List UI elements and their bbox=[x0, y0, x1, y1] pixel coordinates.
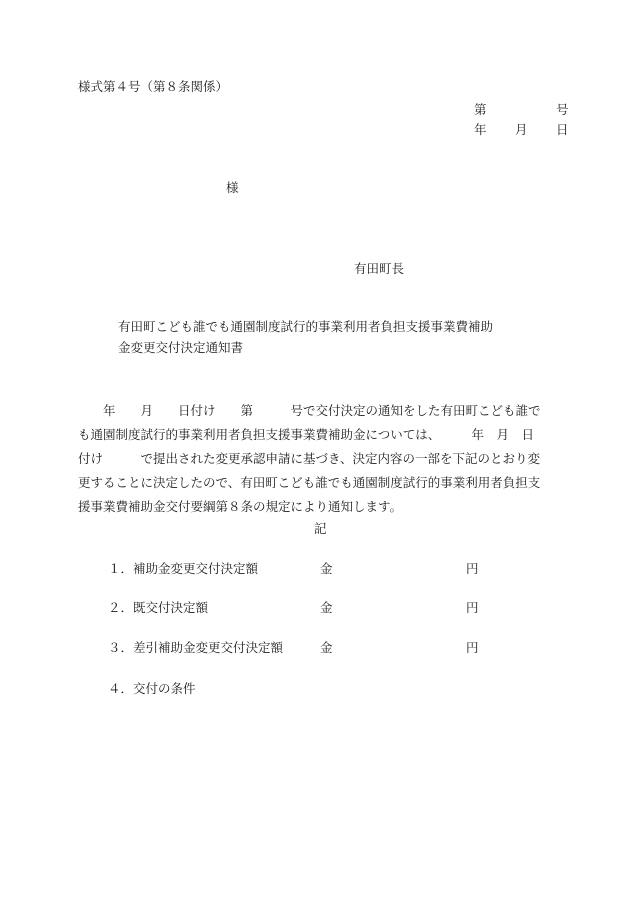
body-line: 付け で提出された変更承認申請に基づき、決定内容の一部を下記のとおり変 bbox=[78, 447, 578, 471]
item-number: １． bbox=[108, 562, 133, 576]
document-title-line2: 金変更交付決定通知書 bbox=[118, 341, 243, 355]
item-currency-prefix: 金 bbox=[320, 562, 333, 576]
item-number: ２． bbox=[108, 601, 133, 615]
item-label: 補助金変更交付決定額 bbox=[133, 562, 258, 576]
form-label: 様式第４号（第８条関係） bbox=[78, 80, 228, 94]
item-label: 差引補助金変更交付決定額 bbox=[133, 641, 283, 655]
item-currency-prefix: 金 bbox=[320, 641, 333, 655]
item-number: ４． bbox=[108, 682, 133, 696]
ki-heading: 記 bbox=[314, 522, 327, 536]
number-prefix: 第 bbox=[474, 103, 487, 117]
item-currency-suffix: 円 bbox=[466, 601, 479, 615]
issuer: 有田町長 bbox=[354, 262, 404, 276]
date-month: 月 bbox=[515, 123, 528, 137]
item-label: 交付の条件 bbox=[133, 682, 196, 696]
date-year: 年 bbox=[474, 123, 487, 137]
body-paragraph: 年 月 日付け 第 号で交付決定の通知をした有田町こども誰で も通園制度試行的事… bbox=[78, 399, 578, 519]
document-title-line1: 有田町こども誰でも通園制度試行的事業利用者負担支援事業費補助 bbox=[118, 320, 493, 334]
item-currency-suffix: 円 bbox=[466, 562, 479, 576]
item-number: ３． bbox=[108, 641, 133, 655]
body-line: 年 月 日付け 第 号で交付決定の通知をした有田町こども誰で bbox=[78, 399, 578, 423]
body-line: 援事業費補助金交付要綱第８条の規定により通知します。 bbox=[78, 495, 578, 519]
date-day: 日 bbox=[556, 123, 569, 137]
item-label: 既交付決定額 bbox=[133, 601, 208, 615]
item-currency-suffix: 円 bbox=[466, 641, 479, 655]
item-currency-prefix: 金 bbox=[320, 601, 333, 615]
number-suffix: 号 bbox=[556, 103, 569, 117]
addressee-suffix: 様 bbox=[226, 181, 239, 195]
body-line: も通園制度試行的事業利用者負担支援事業費補助金については、 年 月 日 bbox=[78, 423, 578, 447]
body-line: 更することに決定したので、有田町こども誰でも通園制度試行的事業利用者負担支 bbox=[78, 471, 578, 495]
